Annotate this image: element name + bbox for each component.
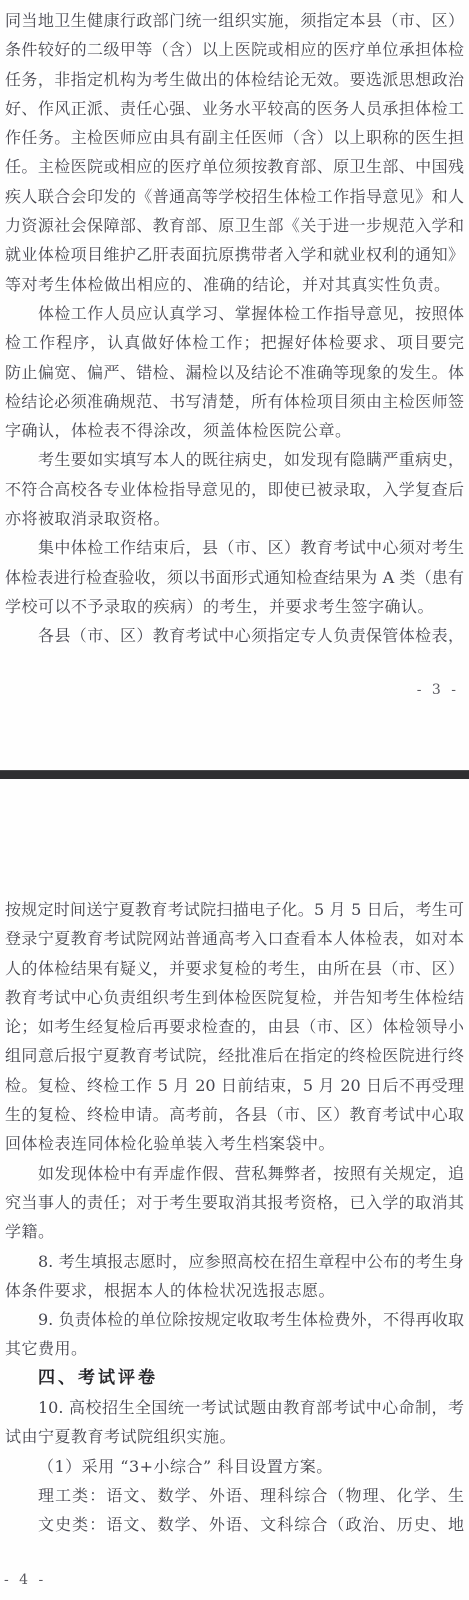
text-line: 其它费用。 <box>5 1334 464 1363</box>
document-page-3: 同当地卫生健康行政部门统一组织实施，须指定本县（市、区）条件较好的二级甲等（含）… <box>0 0 469 770</box>
text-line: 作任务。主检医师应由具有副主任医师（含）以上职称的医生担 <box>5 123 464 152</box>
text-line: 疾人联合会印发的《普通高等学校招生体检工作指导意见》和人 <box>5 182 464 211</box>
text-line: 就业体检项目维护乙肝表面抗原携带者入学和就业权利的通知》 <box>5 240 464 269</box>
text-line: 9. 负责体检的单位除按规定收取考生体检费外，不得再收取 <box>5 1305 464 1334</box>
page-number-4: - 4 - <box>4 1572 46 1588</box>
text-line: 8. 考生填报志愿时，应参照高校在招生章程中公布的考生身 <box>5 1247 464 1276</box>
text-line: 学校可以不予录取的疾病）的考生，并要求考生签字确认。 <box>5 592 464 621</box>
text-line: 10. 高校招生全国统一考试试题由教育部考试中心命制，考 <box>5 1393 464 1422</box>
text-line: 论；如考生经复检后再要求检查的，由县（市、区）体检领导小 <box>5 1012 464 1041</box>
text-line: 人的体检结果有疑义，并要求复检的考生，由所在县（市、区） <box>5 954 464 983</box>
text-line: 亦将被取消录取资格。 <box>5 504 464 533</box>
section-heading: 四、考试评卷 <box>5 1364 464 1393</box>
text-line: 考生要如实填写本人的既往病史，如发现有隐瞒严重病史， <box>5 445 464 474</box>
text-line: 文史类：语文、数学、外语、文科综合（政治、历史、地理）。 <box>5 1510 464 1539</box>
text-line: 等对考生体检做出相应的、准确的结论，并对其真实性负责。 <box>5 270 464 299</box>
page-4-text-block: 按规定时间送宁夏教育考试院扫描电子化。5 月 5 日后，考生可登录宁夏教育考试院… <box>5 895 464 1540</box>
text-line: 究当事人的责任；对于考生要取消其报考资格，已入学的取消其 <box>5 1188 464 1217</box>
text-line: 检结论必须准确规范、书写清楚，所有体检项目须由主检医师签 <box>5 387 464 416</box>
text-line: 如发现体检中有弄虚作假、营私舞弊者，按照有关规定，追 <box>5 1159 464 1188</box>
text-line: 条件较好的二级甲等（含）以上医院或相应的医疗单位承担体检 <box>5 35 464 64</box>
text-line: 回体检表连同体检化验单装入考生档案袋中。 <box>5 1129 464 1158</box>
page-3-text-block: 同当地卫生健康行政部门统一组织实施，须指定本县（市、区）条件较好的二级甲等（含）… <box>5 6 464 651</box>
text-line: 检。复检、终检工作 5 月 20 日前结束，5 月 20 日后不再受理考 <box>5 1071 464 1100</box>
text-line: 各县（市、区）教育考试中心须指定专人负责保管体检表， <box>5 621 464 650</box>
text-line: 登录宁夏教育考试院网站普通高考入口查看本人体检表，如对本 <box>5 924 464 953</box>
text-line: 集中体检工作结束后，县（市、区）教育考试中心须对考生 <box>5 533 464 562</box>
text-line: 好、作风正派、责任心强、业务水平较高的医务人员承担体检工 <box>5 94 464 123</box>
text-line: 体检表进行检查验收，须以书面形式通知检查结果为 A 类（患有 <box>5 563 464 592</box>
text-line: 教育考试中心负责组织考生到体检医院复检，并告知考生体检结 <box>5 983 464 1012</box>
text-line: 防止偏宽、偏严、错检、漏检以及结论不准确等现象的发生。体 <box>5 358 464 387</box>
page-number-3: - 3 - <box>417 682 459 698</box>
text-line: 生的复检、终检申请。高考前，各县（市、区）教育考试中心取 <box>5 1100 464 1129</box>
text-line: 不符合高校各专业体检指导意见的，即使已被录取，入学复查后 <box>5 475 464 504</box>
text-line: 力资源社会保障部、教育部、原卫生部《关于进一步规范入学和 <box>5 211 464 240</box>
text-line: 按规定时间送宁夏教育考试院扫描电子化。5 月 5 日后，考生可 <box>5 895 464 924</box>
page-divider <box>0 770 469 779</box>
text-line: 任。主检医院或相应的医疗单位须按教育部、原卫生部、中国残 <box>5 152 464 181</box>
text-line: 任务，非指定机构为考生做出的体检结论无效。要选派思想政治 <box>5 65 464 94</box>
text-line: 学籍。 <box>5 1217 464 1246</box>
text-line: 试由宁夏教育考试院组织实施。 <box>5 1422 464 1451</box>
text-line: 体检工作人员应认真学习、掌握体检工作指导意见，按照体 <box>5 299 464 328</box>
document-page-4: 按规定时间送宁夏教育考试院扫描电子化。5 月 5 日后，考生可登录宁夏教育考试院… <box>0 779 469 1600</box>
document-viewer: 同当地卫生健康行政部门统一组织实施，须指定本县（市、区）条件较好的二级甲等（含）… <box>0 0 469 1600</box>
text-line: 检工作程序，认真做好体检工作；把握好体检要求、项目要完整， <box>5 328 464 357</box>
text-line: 体条件要求，根据本人的体检状况选报志愿。 <box>5 1276 464 1305</box>
text-line: （1）采用 “3+小综合” 科目设置方案。 <box>5 1452 464 1481</box>
text-line: 组同意后报宁夏教育考试院，经批准后在指定的终检医院进行终 <box>5 1041 464 1070</box>
text-line: 理工类：语文、数学、外语、理科综合（物理、化学、生物）; <box>5 1481 464 1510</box>
text-line: 字确认，体检表不得涂改，须盖体检医院公章。 <box>5 416 464 445</box>
text-line: 同当地卫生健康行政部门统一组织实施，须指定本县（市、区） <box>5 6 464 35</box>
